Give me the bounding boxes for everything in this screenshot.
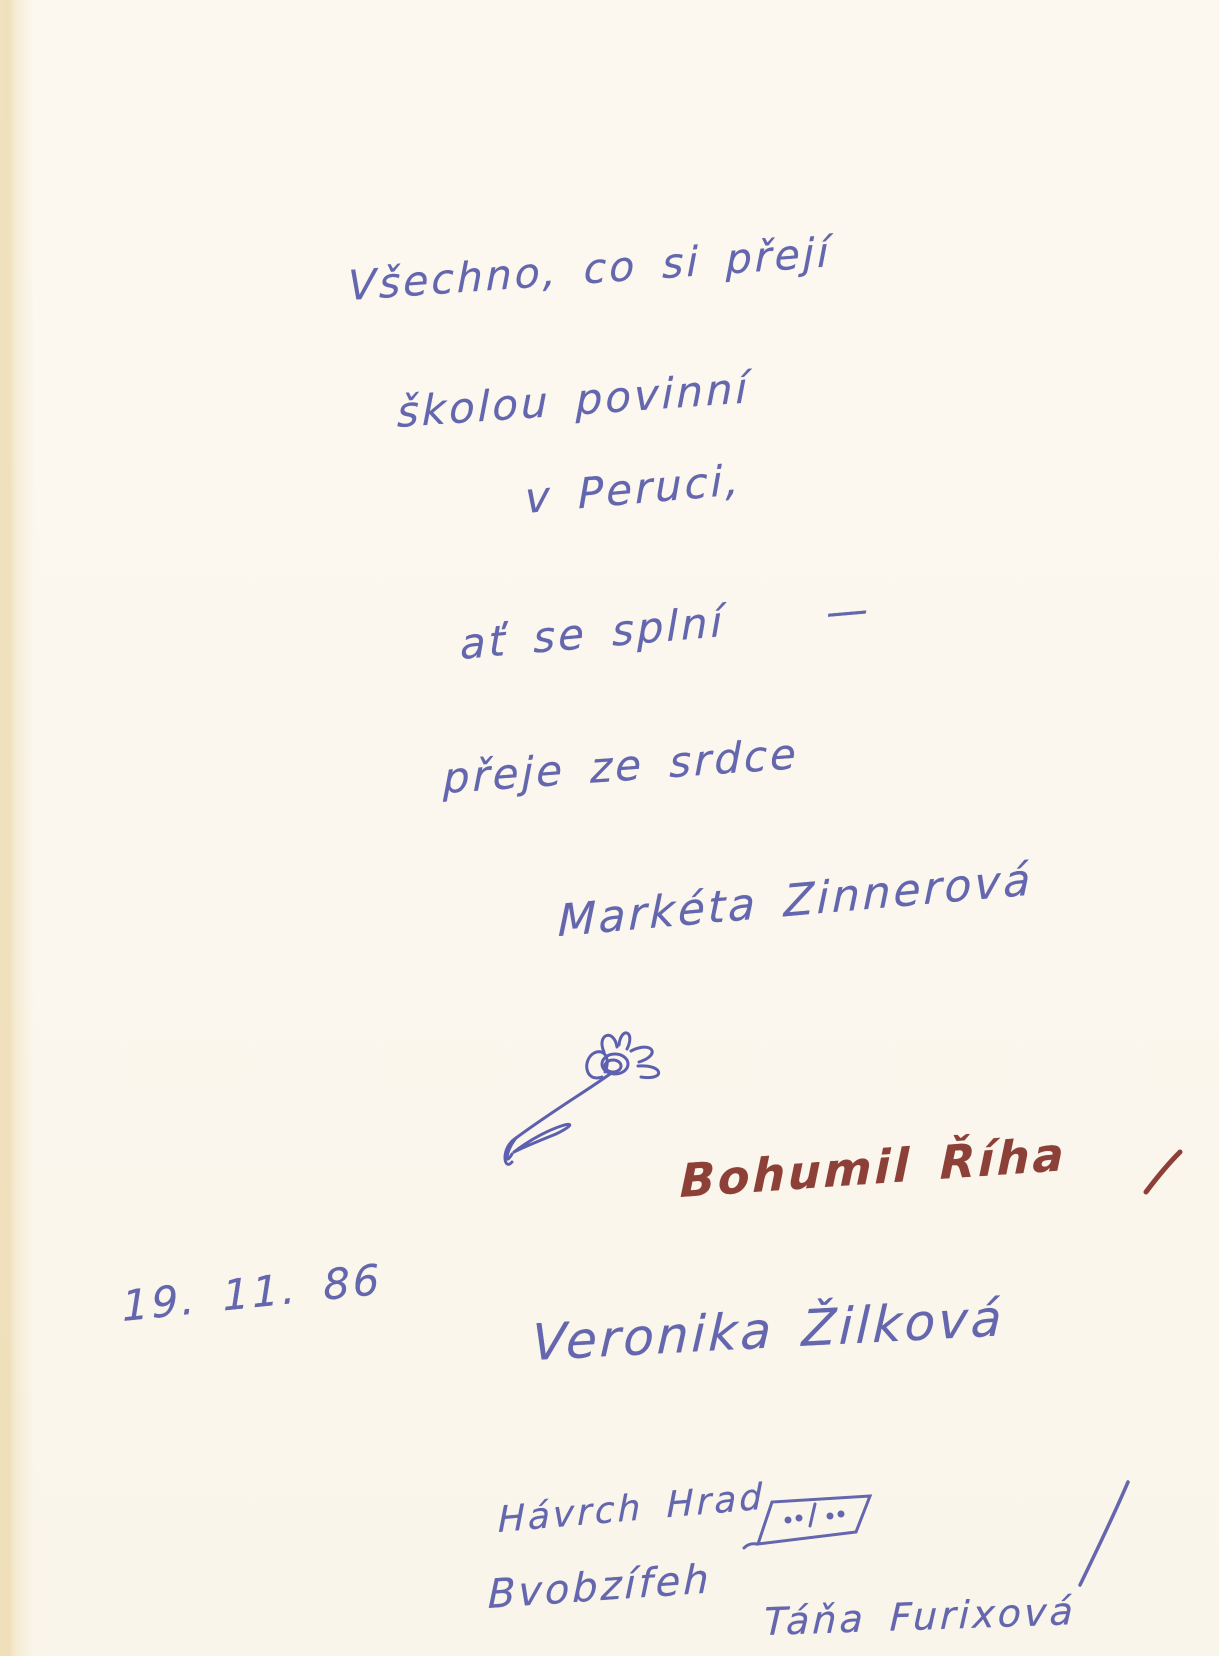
dedication-line-4: ať se splní — (460, 584, 872, 669)
stray-stroke (1080, 1482, 1128, 1585)
flower-sketch-icon (492, 1022, 697, 1172)
signature-veronika-zilkova: Veronika Žilková (531, 1289, 1005, 1372)
signature-bvobzifeh: Bvobzífeh (488, 1556, 712, 1618)
date-written: 19. 11. 86 (121, 1255, 383, 1331)
signature-marketa-zinnerova: Markéta Zinnerová (558, 854, 1034, 947)
dedication-line-2: školou povinní (397, 363, 750, 437)
guestbook-page: Všechno, co si přejí školou povinní v Pe… (0, 0, 1219, 1656)
dedication-line-1: Všechno, co si přejí (348, 228, 831, 310)
castle-box-sketch-icon (742, 1492, 877, 1554)
signature-bohumil-riha: Bohumil Říha (680, 1127, 1068, 1208)
dedication-line-5: přeje ze srdce (443, 729, 799, 803)
flourish-stroke (1146, 1152, 1180, 1192)
signature-tana-furixova: Táňa Furixová (763, 1589, 1076, 1644)
signature-havrch-hrad: Hávrch Hrad (498, 1477, 765, 1542)
dedication-line-3: v Peruci, (525, 455, 742, 523)
